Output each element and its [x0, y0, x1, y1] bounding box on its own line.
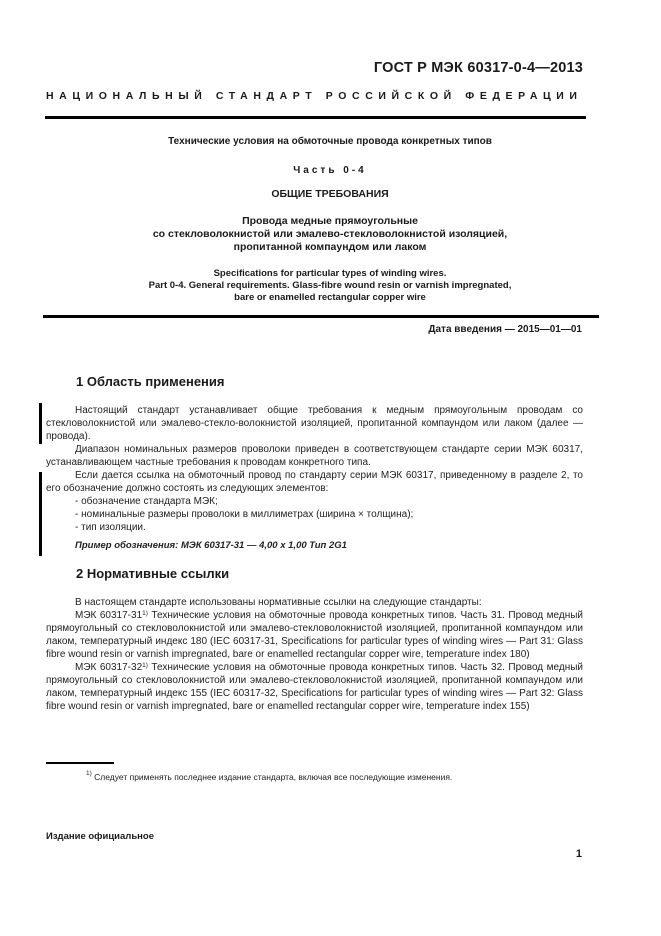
- footnote-mark: 1): [86, 770, 92, 777]
- list-item: - номинальные размеры проволоки в миллим…: [46, 508, 583, 521]
- paragraph: Если дается ссылка на обмоточный провод …: [46, 469, 583, 495]
- english-title-line: Part 0-4. General requirements. Glass-fi…: [40, 280, 620, 292]
- official-edition-label: Издание официальное: [46, 831, 154, 842]
- footnote-text: Следует применять последнее издание стан…: [92, 772, 453, 782]
- russian-title: Провода медные прямоугольные со стеклово…: [40, 215, 620, 254]
- paragraph: В настоящем стандарте использованы норма…: [46, 596, 583, 609]
- paragraph: Настоящий стандарт устанавливает общие т…: [46, 404, 583, 443]
- footnote: 1) Следует применять последнее издание с…: [86, 772, 452, 782]
- header-divider: [45, 116, 586, 119]
- page-number: 1: [576, 848, 582, 860]
- paragraph: Диапазон номинальных размеров проволоки …: [46, 443, 583, 469]
- change-bar: [39, 472, 42, 556]
- footnote-ref[interactable]: 1): [142, 610, 148, 617]
- english-title-line: Specifications for particular types of w…: [40, 268, 620, 280]
- section-1-heading: 1 Область применения: [76, 374, 225, 389]
- change-bar: [39, 403, 42, 444]
- english-title-line: bare or enamelled rectangular copper wir…: [40, 292, 620, 304]
- introduction-date: Дата введения — 2015—01—01: [428, 324, 582, 335]
- list-item: - тип изоляции.: [46, 521, 583, 534]
- section-1-body: Настоящий стандарт устанавливает общие т…: [46, 404, 583, 552]
- russian-title-line: пропитанной компаундом или лаком: [40, 241, 620, 254]
- russian-title-line: Провода медные прямоугольные: [40, 215, 620, 228]
- section-2-heading: 2 Нормативные ссылки: [76, 566, 229, 581]
- general-requirements-title: ОБЩИЕ ТРЕБОВАНИЯ: [40, 188, 620, 201]
- document-code: ГОСТ Р МЭК 60317-0-4—2013: [374, 60, 583, 76]
- reference-entry: МЭК 60317-321) Технические условия на об…: [46, 661, 583, 713]
- designation-example: Пример обозначения: МЭК 60317-31 — 4,00 …: [46, 539, 583, 552]
- footnote-ref[interactable]: 1): [142, 662, 148, 669]
- reference-entry: МЭК 60317-311) Технические условия на об…: [46, 609, 583, 661]
- reference-code: МЭК 60317-31: [75, 610, 142, 621]
- footnote-divider: [46, 762, 114, 764]
- part-number: Часть 0-4: [40, 165, 620, 178]
- russian-title-line: со стекловолокнистой или эмалево-стеклов…: [40, 228, 620, 241]
- title-divider: [43, 315, 599, 318]
- english-title: Specifications for particular types of w…: [40, 268, 620, 304]
- list-item: - обозначение стандарта МЭК;: [46, 495, 583, 508]
- series-title: Технические условия на обмоточные провод…: [40, 136, 620, 149]
- reference-code: МЭК 60317-32: [75, 662, 142, 673]
- national-standard-banner: НАЦИОНАЛЬНЫЙ СТАНДАРТ РОССИЙСКОЙ ФЕДЕРАЦ…: [46, 90, 583, 102]
- section-2-body: В настоящем стандарте использованы норма…: [46, 596, 583, 713]
